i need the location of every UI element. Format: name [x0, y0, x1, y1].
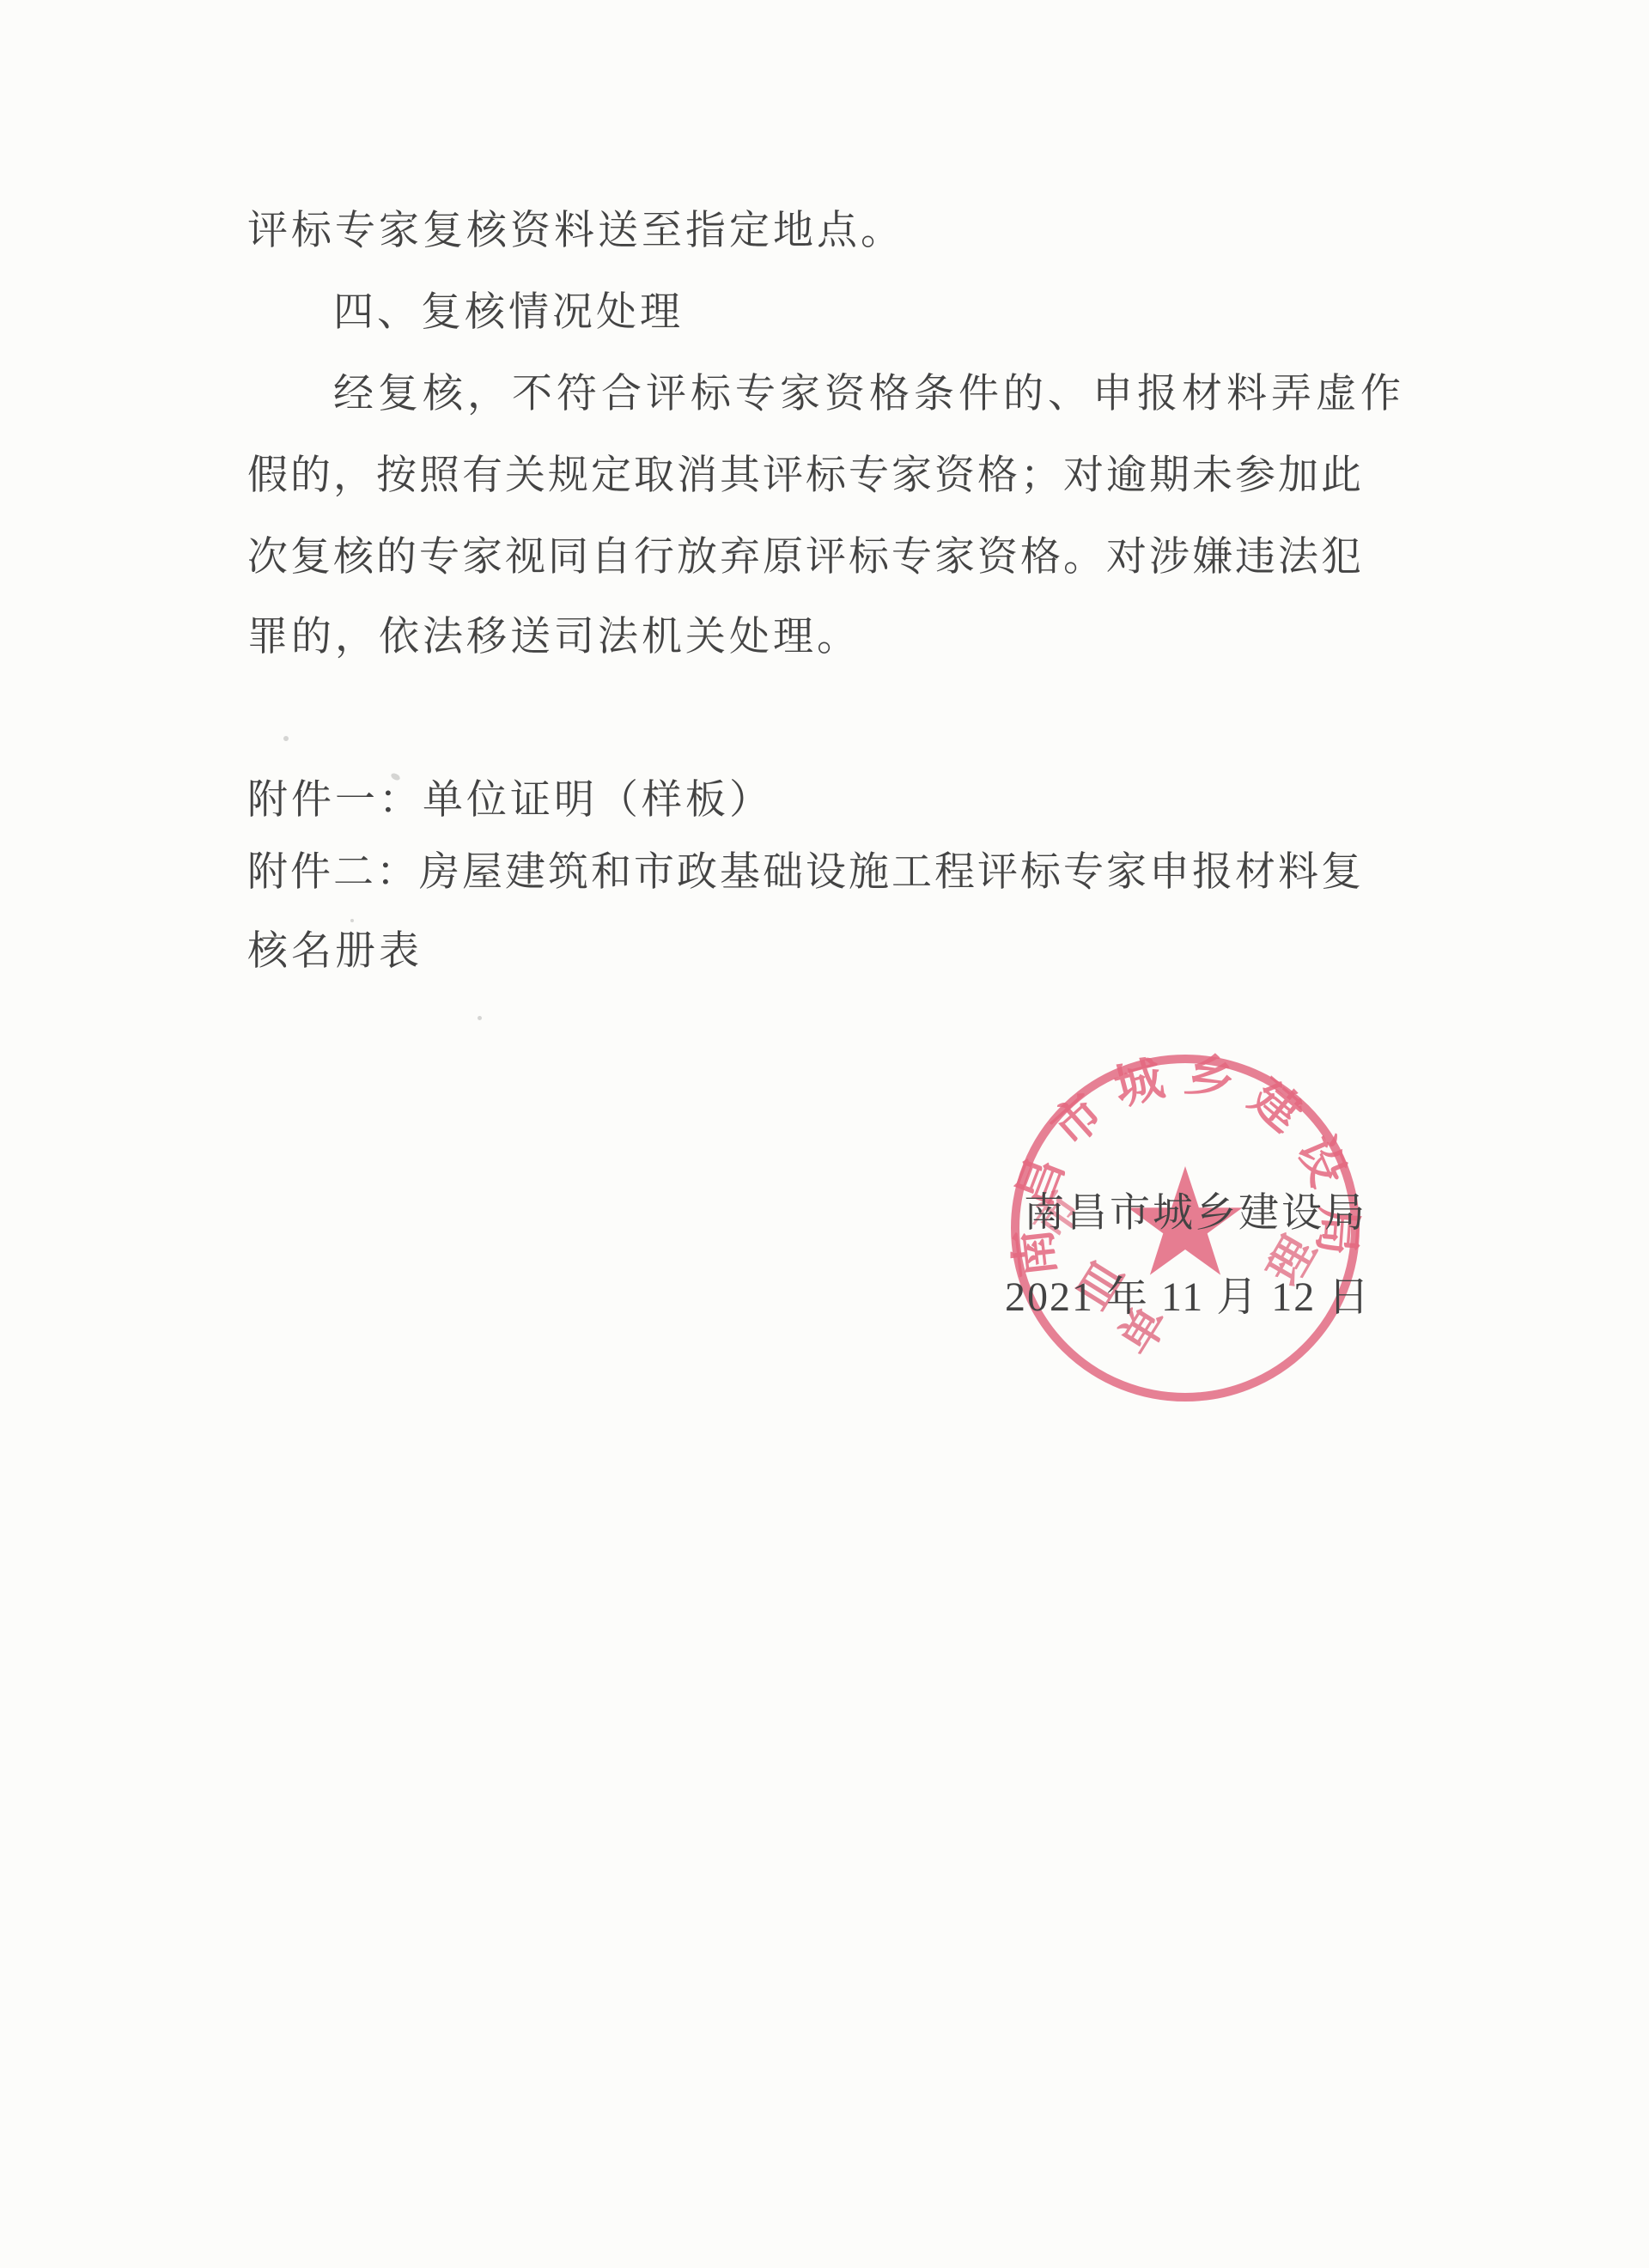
scan-noise-speck: [283, 736, 289, 741]
attachment-line: 附件二：房屋建筑和市政基础设施工程评标专家申报材料复: [247, 853, 1364, 893]
signature-date: 2021 年 11 月 12 日: [1005, 1277, 1371, 1317]
document-line: 罪的，依法移送司法机关处理。: [247, 617, 861, 658]
scan-noise-speck: [478, 1016, 482, 1020]
scan-noise-speck: [350, 919, 354, 922]
document-line: 假的，按照有关规定取消其评标专家资格；对逾期未参加此: [247, 456, 1364, 496]
scanned-page: { "page": { "background_color": "#fcfcfa…: [0, 0, 1649, 2268]
document-line: 次复核的专家视同自行放弃原评标专家资格。对涉嫌违法犯: [247, 538, 1364, 578]
document-line: 经复核，不符合评标专家资格条件的、申报材料弄虚作: [333, 374, 1405, 415]
attachment-line: 附件一：单位证明（样板）: [247, 781, 773, 821]
document-section-heading: 四、复核情况处理: [333, 293, 684, 333]
agency-signature: 南昌市城乡建设局: [1024, 1194, 1367, 1234]
attachment-line: 核名册表: [247, 932, 423, 972]
document-line: 评标专家复核资料送至指定地点。: [247, 211, 904, 252]
paper-background: 南昌市城乡建设局 市 皿 单 理 评标专家复核资料送至指定地点。 四、复核情况处…: [0, 0, 1649, 2268]
